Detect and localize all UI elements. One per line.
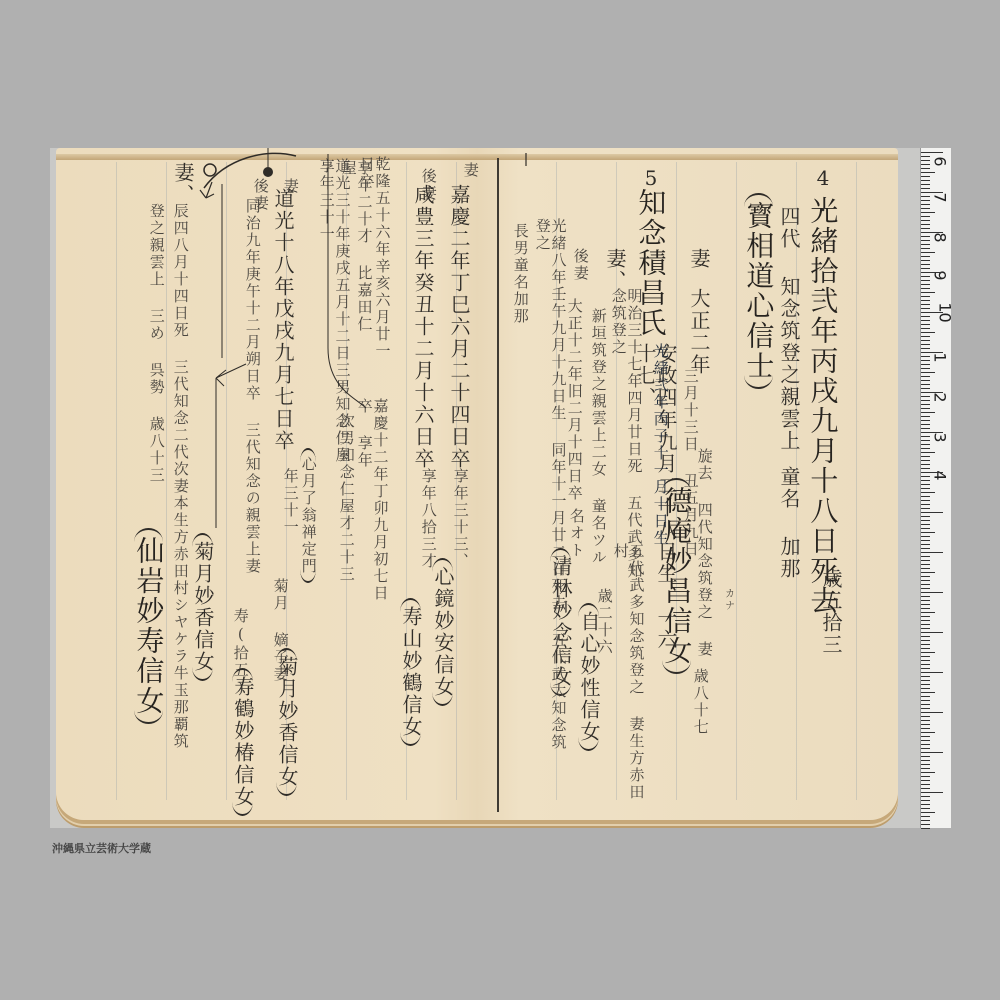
ruler-tick	[921, 176, 930, 177]
ruler-tick	[921, 168, 930, 169]
ruler-tick	[921, 656, 930, 657]
ruler-tick	[921, 252, 935, 253]
ruler-tick	[921, 336, 930, 337]
entry-4-rank: 四代 知念筑登之親雲上	[778, 206, 799, 452]
wife-5-posthumous-name: 自心妙性信女	[578, 603, 599, 751]
ruler-label: 6	[931, 156, 950, 166]
ruler-tick	[921, 804, 930, 805]
left-col-d-age: 年三十一	[282, 468, 298, 536]
entry-5-birth-overwrite: 光緒弐年丙子十一月十日生	[652, 343, 668, 663]
left-col-f-sub: 登之親雲上 三め 呉勢 歳八十三	[148, 203, 164, 533]
ruler-tick	[921, 576, 930, 577]
ruler-tick	[921, 456, 930, 457]
ruler-tick	[921, 760, 930, 761]
ruler-tick	[921, 316, 930, 317]
ruler-tick	[921, 344, 930, 345]
wife-4-date: 大正二年	[688, 288, 709, 376]
ruler-tick	[921, 248, 930, 249]
ruler-tick	[921, 688, 930, 689]
ruler-tick	[921, 364, 930, 365]
ruler-tick	[921, 200, 930, 201]
ruler-tick	[921, 264, 930, 265]
ruler-tick	[921, 552, 943, 553]
ruler-tick	[921, 256, 930, 257]
ruler-tick	[921, 640, 930, 641]
entry-4-child-name: 童名 加那	[778, 466, 799, 580]
ruler-tick	[921, 740, 930, 741]
left-col-b-age: 享年八拾三才	[420, 468, 436, 570]
ruler-tick	[921, 284, 930, 285]
left-col-a-text: 嘉慶二年丁巳六月二十四日卒	[448, 184, 469, 484]
ruler-tick	[921, 600, 930, 601]
ruler-tick	[921, 672, 943, 673]
ruler-tick	[921, 624, 930, 625]
ruler-tick	[921, 388, 930, 389]
left-col-f-posthumous-name: 仙岩妙寿信女	[134, 528, 163, 724]
ruler-tick	[921, 424, 930, 425]
ruler-tick	[921, 644, 930, 645]
ruler-tick	[921, 408, 930, 409]
ruler-tick	[921, 820, 930, 821]
ruler-tick	[921, 596, 930, 597]
left-col-d-posthumous-name: 菊月妙香信女	[276, 648, 297, 796]
ruler-tick	[921, 696, 930, 697]
ruler-tick	[921, 828, 930, 829]
ruler-tick	[921, 428, 930, 429]
ruler-tick	[921, 488, 930, 489]
ruler-tick	[921, 824, 930, 825]
ruler-tick	[921, 632, 943, 633]
ruler-tick	[921, 464, 930, 465]
left-col-a-label: 妻	[462, 162, 478, 179]
son-name: 長男童名加那	[512, 223, 528, 325]
ruler-tick	[921, 308, 930, 309]
ruler-tick	[921, 212, 935, 213]
ruler-tick	[921, 312, 943, 313]
ruler-tick	[921, 560, 930, 561]
ruler-tick	[921, 224, 930, 225]
ruler-tick	[921, 216, 930, 217]
ruler-tick	[921, 720, 930, 721]
ruler-tick	[921, 228, 930, 229]
left-col-a-posthumous-name: 心鏡妙安信女	[432, 558, 453, 706]
collection-caption: 沖縄県立芸術大学蔵	[52, 840, 151, 856]
ruler-tick	[921, 292, 935, 293]
second-wife-name: 名オト	[568, 508, 584, 559]
ruler-tick	[921, 268, 930, 269]
ruler-label: 7	[931, 192, 950, 202]
son-record: 光緒八年壬午九月十九日生 同年十一月廿二日死去 五代武太知念筑登之	[534, 218, 566, 758]
ruler-tick	[921, 784, 930, 785]
ruler-tick	[921, 620, 930, 621]
ruler-tick	[921, 180, 930, 181]
ruler-tick	[921, 800, 930, 801]
ruler-tick	[921, 332, 935, 333]
ruler-tick	[921, 756, 930, 757]
ruler-tick	[921, 164, 930, 165]
ruler-tick	[921, 716, 930, 717]
ruler-tick	[921, 400, 930, 401]
ruler-tick	[921, 524, 930, 525]
ruler-tick	[921, 536, 930, 537]
ruler-tick	[921, 520, 930, 521]
wife-5-text-2: 新垣筑登之親雲上二女 童名ツル	[590, 308, 606, 608]
ruler-tick	[921, 184, 930, 185]
ruler-tick	[921, 352, 943, 353]
ruler-tick	[921, 236, 930, 237]
notebook-spread: 4. 光緒拾弐年丙戌九月十八日死去 歳五拾三 四代 知念筑登之親雲上 童名 加那…	[56, 148, 898, 820]
ruler-tick	[921, 392, 943, 393]
left-col-c-posthumous-name: 心月了翁禅定門	[300, 448, 316, 583]
ruler-tick	[921, 436, 930, 437]
ruler-tick	[921, 460, 930, 461]
left-col-e-posthumous-name: 寿鶴妙椿信女	[232, 668, 253, 816]
entry-4-posthumous-name: 寳相道心信士	[744, 193, 773, 389]
ruler-tick	[921, 412, 935, 413]
ruler-tick	[921, 564, 930, 565]
ruler-tick	[921, 772, 935, 773]
measurement-ruler: 6 7 8 9 10 1 2 3 4	[920, 148, 951, 828]
ruler-tick	[921, 780, 930, 781]
ruler-tick	[921, 296, 930, 297]
left-col-b-text: 咸豊三年癸丑十二月十六日卒	[412, 184, 433, 484]
ruler-tick	[921, 796, 930, 797]
ruler-tick	[921, 508, 930, 509]
ruler-tick	[921, 156, 930, 157]
ruler-tick	[921, 416, 930, 417]
entry-4-main: 光緒拾弐年丙戌九月十八日死去	[808, 196, 837, 616]
wife-4-note: カナ	[722, 588, 733, 612]
ruler-tick	[921, 496, 930, 497]
ruler-tick	[921, 808, 930, 809]
ruler-tick	[921, 636, 930, 637]
ruled-line	[166, 162, 167, 800]
ruler-tick	[921, 568, 930, 569]
ruled-line	[736, 162, 737, 800]
ruler-tick	[921, 288, 930, 289]
ruler-tick	[921, 792, 943, 793]
ruler-tick	[921, 380, 930, 381]
left-col-e-text: 同治九年庚午十二月朔日卒 三代知念の親雲上妻	[244, 198, 260, 588]
ruler-tick	[921, 692, 935, 693]
ruler-tick	[921, 616, 930, 617]
ruler-tick	[921, 328, 930, 329]
second-wife-date: 大正十二年旧二月十四日卒	[566, 298, 582, 518]
ruler-tick	[921, 512, 943, 513]
ruler-tick	[921, 748, 930, 749]
ruler-tick	[921, 680, 930, 681]
ruler-tick	[921, 816, 930, 817]
wife-4-description: 旋去 四代知念筑登之 妻	[696, 448, 712, 658]
ruler-tick	[921, 240, 930, 241]
left-col-c-sub-2: 次男知念仁屋才二十三	[338, 413, 354, 593]
wife-5-died: 五代武多知念筑登之 妻生方赤田村	[612, 543, 644, 803]
ruler-tick	[921, 544, 930, 545]
wife-5-label: 妻、	[604, 248, 625, 292]
ruler-tick	[921, 580, 930, 581]
ruler-tick	[921, 708, 930, 709]
ruled-line	[116, 162, 117, 800]
ruler-tick	[921, 548, 930, 549]
ruler-tick	[921, 304, 930, 305]
second-wife-label: 後妻	[572, 248, 588, 282]
ruler-tick	[921, 684, 930, 685]
ruler-tick	[921, 280, 930, 281]
ruler-tick	[921, 160, 930, 161]
left-col-a-age: 享年三十三、	[452, 468, 468, 570]
ruler-tick	[921, 204, 930, 205]
ruler-tick	[921, 764, 930, 765]
ruler-tick	[921, 556, 930, 557]
ruler-tick	[921, 712, 943, 713]
ruler-label: 1	[931, 352, 950, 362]
ruler-tick	[921, 324, 930, 325]
ruler-tick	[921, 572, 935, 573]
ruler-tick	[921, 744, 930, 745]
ruler-tick	[921, 724, 930, 725]
ruler-label: 8	[931, 232, 950, 242]
wife-4-age: 歳八十七	[692, 668, 708, 736]
ruler-tick	[921, 528, 930, 529]
ruler-tick	[921, 440, 930, 441]
wife-4-label: 妻	[688, 248, 709, 270]
ruler-tick	[921, 272, 943, 273]
ruler-label: 3	[931, 432, 950, 442]
ruler-tick	[921, 476, 930, 477]
ruler-tick	[921, 504, 930, 505]
ruler-tick	[921, 812, 935, 813]
ruler-tick	[921, 608, 930, 609]
left-col-d-text: 道光十八年戊戌九月七日卒	[272, 188, 293, 488]
ruler-tick	[921, 628, 930, 629]
ruler-tick	[921, 592, 943, 593]
ruler-tick	[921, 340, 930, 341]
ruler-tick	[921, 420, 930, 421]
ruler-tick	[921, 468, 930, 469]
ruler-tick	[921, 776, 930, 777]
ruler-tick	[921, 244, 930, 245]
ruler-tick	[921, 752, 943, 753]
ruler-tick	[921, 500, 930, 501]
left-col-c-text-3: 嘉慶十二年丁卯九月初七日卒 享年	[356, 398, 388, 618]
ruler-tick	[921, 188, 930, 189]
ruled-line	[856, 162, 857, 800]
ruled-line	[226, 162, 227, 800]
ruler-tick	[921, 208, 930, 209]
ruler-tick	[921, 196, 930, 197]
ruler-tick	[921, 260, 930, 261]
ruler-tick	[921, 444, 930, 445]
ruler-tick	[921, 276, 930, 277]
ruler-tick	[921, 540, 930, 541]
left-col-b-posthumous-name: 寿山妙鶴信女	[400, 598, 421, 746]
ruler-tick	[921, 788, 930, 789]
ruler-tick	[921, 484, 930, 485]
ruler-tick	[921, 232, 943, 233]
ruler-tick	[921, 220, 930, 221]
ruler-tick	[921, 664, 930, 665]
ruler-tick	[921, 372, 935, 373]
ruler-tick	[921, 532, 935, 533]
ruler-tick	[921, 472, 943, 473]
entry-4-age: 歳五拾三	[820, 568, 841, 656]
ruler-tick	[921, 584, 930, 585]
ruler-tick	[921, 768, 930, 769]
ruler-tick	[921, 348, 930, 349]
ruler-tick	[921, 448, 930, 449]
ruler-tick	[921, 668, 930, 669]
ruler-tick	[921, 732, 935, 733]
ruler-label: 2	[931, 392, 950, 402]
ruler-tick	[921, 356, 930, 357]
left-col-f-text: 辰四八月十四日死 三代知念二代次妻本生方赤田村シヤケラ牛玉那覇筑	[172, 203, 188, 803]
ruler-tick	[921, 384, 930, 385]
left-col-f-label: 妻、	[172, 162, 193, 206]
ruler-tick	[921, 736, 930, 737]
ruler-tick	[921, 652, 935, 653]
left-col-g-posthumous-name: 菊月妙香信女	[192, 533, 213, 681]
ruler-tick	[921, 728, 930, 729]
ruler-tick	[921, 320, 930, 321]
notebook-spine	[497, 158, 499, 812]
ruler-tick	[921, 376, 930, 377]
ruler-tick	[921, 648, 930, 649]
ruler-tick	[921, 368, 930, 369]
ruler-tick	[921, 480, 930, 481]
ruler-tick	[921, 604, 930, 605]
ruler-tick	[921, 704, 930, 705]
ruler-tick	[921, 432, 943, 433]
ruler-tick	[921, 516, 930, 517]
ruler-tick	[921, 396, 930, 397]
ruler-tick	[921, 676, 930, 677]
ruler-tick	[921, 700, 930, 701]
ruler-tick	[921, 152, 943, 153]
ruler-tick	[921, 588, 930, 589]
ruler-tick	[921, 192, 943, 193]
ruler-tick	[921, 612, 935, 613]
ruler-tick	[921, 404, 930, 405]
ruler-tick	[921, 492, 935, 493]
ruler-tick	[921, 172, 935, 173]
ruler-tick	[921, 452, 935, 453]
ruler-tick	[921, 300, 930, 301]
ruler-tick	[921, 660, 930, 661]
ruler-tick	[921, 360, 930, 361]
